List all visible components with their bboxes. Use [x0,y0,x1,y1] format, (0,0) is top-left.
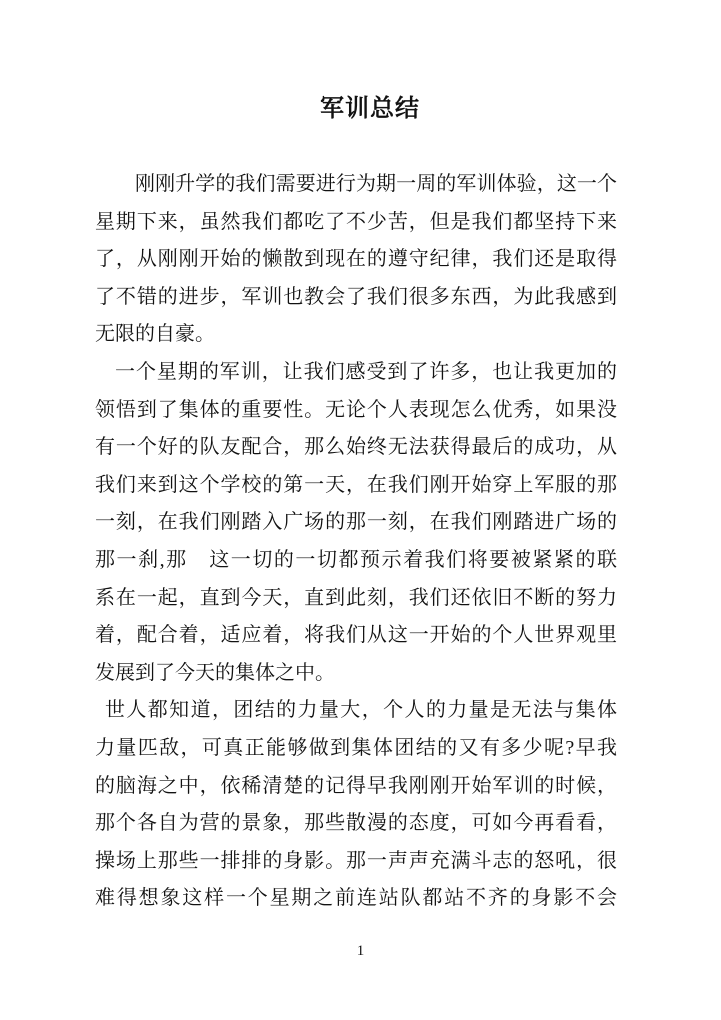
text-line: 着，配合着，适应着，将我们从这一开始的个人世界观里 [95,617,617,655]
page-content: 军训总结 刚刚升学的我们需要进行为期一周的军训体验，这一个星期下来，虽然我们都吃… [95,0,617,918]
text-line: 一个星期的军训，让我们感受到了许多，也让我更加的 [95,354,617,392]
paragraph: 一个星期的军训，让我们感受到了许多，也让我更加的领悟到了集体的重要性。无论个人表… [95,354,617,692]
text-line: 有一个好的队友配合，那么始终无法获得最后的成功，从 [95,429,617,467]
text-line: 星期下来，虽然我们都吃了不少苦，但是我们都坚持下来 [95,204,617,242]
paragraph: 世人都知道，团结的力量大，个人的力量是无法与集体力量匹敌，可真正能够做到集体团结… [95,692,617,918]
text-line: 我们来到这个学校的第一天，在我们刚开始穿上军服的那 [95,467,617,505]
text-line: 操场上那些一排排的身影。那一声声充满斗志的怒吼，很 [95,843,617,881]
paragraph: 刚刚升学的我们需要进行为期一周的军训体验，这一个星期下来，虽然我们都吃了不少苦，… [95,166,617,354]
text-line: 一刻，在我们刚踏入广场的那一刻，在我们刚踏进广场的 [95,504,617,542]
text-line: 发展到了今天的集体之中。 [95,655,617,693]
text-line: 力量匹敌，可真正能够做到集体团结的又有多少呢?早我 [95,730,617,768]
text-line: 了不错的进步，军训也教会了我们很多东西，为此我感到 [95,279,617,317]
text-line: 无限的自豪。 [95,316,617,354]
text-line: 了，从刚刚开始的懒散到现在的遵守纪律，我们还是取得 [95,241,617,279]
document-body: 刚刚升学的我们需要进行为期一周的军训体验，这一个星期下来，虽然我们都吃了不少苦，… [95,166,617,918]
page-number: 1 [0,941,721,961]
text-line: 的脑海之中，依稀清楚的记得早我刚刚开始军训的时候， [95,768,617,806]
text-line: 难得想象这样一个星期之前连站队都站不齐的身影不会 [95,880,617,918]
document-page: 军训总结 刚刚升学的我们需要进行为期一周的军训体验，这一个星期下来，虽然我们都吃… [0,0,721,1020]
text-line: 系在一起，直到今天，直到此刻，我们还依旧不断的努力 [95,580,617,618]
document-title: 军训总结 [95,91,617,128]
text-line: 那一刹,那 这一切的一切都预示着我们将要被紧紧的联 [95,542,617,580]
text-line: 刚刚升学的我们需要进行为期一周的军训体验，这一个 [95,166,617,204]
text-line: 那个各自为营的景象，那些散漫的态度，可如今再看看， [95,805,617,843]
text-line: 领悟到了集体的重要性。无论个人表现怎么优秀，如果没 [95,392,617,430]
text-line: 世人都知道，团结的力量大，个人的力量是无法与集体 [95,692,617,730]
